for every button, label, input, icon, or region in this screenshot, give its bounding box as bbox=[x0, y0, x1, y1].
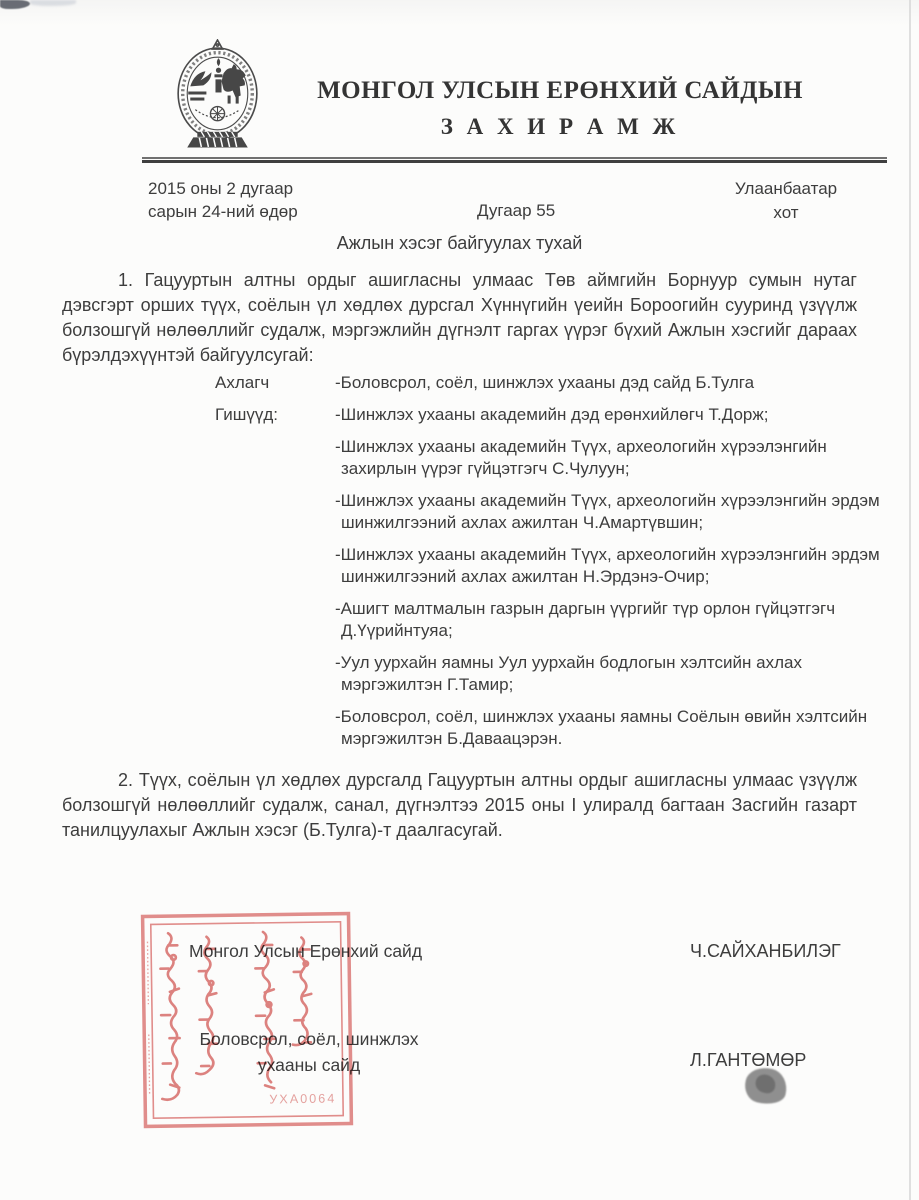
member-row: Ахлагч -Боловсрол, соёл, шинжлэх ухааны … bbox=[215, 372, 885, 394]
member-text: -Ашигт малтмалын газрын даргын үүргийг т… bbox=[335, 598, 885, 642]
city-block: Улаанбаатар хот bbox=[725, 177, 847, 225]
scan-artifact-corner-light bbox=[30, 0, 76, 6]
member-role-label bbox=[215, 706, 335, 750]
scan-artifact-corner bbox=[0, 0, 30, 9]
doc-type-title: З А Х И Р А М Ж bbox=[290, 114, 830, 140]
member-role-label bbox=[215, 490, 335, 534]
scan-edge-line bbox=[909, 0, 911, 1200]
member-row: -Шинжлэх ухааны академийн Түүх, археолог… bbox=[215, 436, 885, 480]
header-rule-thin bbox=[142, 157, 887, 159]
stamp-code: УХА0064 bbox=[269, 1092, 336, 1107]
city-line-2: хот bbox=[725, 201, 847, 225]
city-line-1: Улаанбаатар bbox=[725, 177, 847, 201]
official-red-stamp: УХА0064 bbox=[140, 911, 355, 1130]
date-block: 2015 оны 2 дугаар сарын 24-ний өдөр bbox=[148, 177, 298, 223]
paragraph-2: 2. Түүх, соёлын үл хөдлөх дурсгалд Гацуу… bbox=[62, 768, 857, 843]
stamp-seal-icon: УХА0064 bbox=[140, 911, 355, 1130]
member-row: -Уул уурхайн яамны Уул уурхайн бодлогын … bbox=[215, 652, 885, 696]
minister-signature-name: Л.ГАНТӨМӨР bbox=[690, 1050, 806, 1071]
pm-signature-name: Ч.САЙХАНБИЛЭГ bbox=[690, 941, 841, 962]
member-row: Гишүүд: -Шинжлэх ухааны академийн дэд ер… bbox=[215, 404, 885, 426]
date-line-2: сарын 24-ний өдөр bbox=[148, 200, 298, 223]
subject-line: Ажлын хэсэг байгуулах тухай bbox=[0, 233, 919, 254]
member-text: -Боловсрол, соёл, шинжлэх ухааны дэд сай… bbox=[335, 372, 885, 394]
member-text: -Шинжлэх ухааны академийн Түүх, археолог… bbox=[335, 490, 885, 534]
member-role-label: Гишүүд: bbox=[215, 404, 335, 426]
member-role-label: Ахлагч bbox=[215, 372, 335, 394]
member-text: -Боловсрол, соёл, шинжлэх ухааны яамны С… bbox=[335, 706, 885, 750]
member-row: -Шинжлэх ухааны академийн Түүх, археолог… bbox=[215, 544, 885, 588]
member-text: -Шинжлэх ухааны академийн Түүх, археолог… bbox=[335, 544, 885, 588]
member-role-label bbox=[215, 544, 335, 588]
state-emblem-graphic bbox=[175, 39, 260, 152]
scanned-document-page: МОНГОЛ УЛСЫН ЕРӨНХИЙ САЙДЫН З А Х И Р А … bbox=[0, 0, 919, 1200]
date-line-1: 2015 оны 2 дугаар bbox=[148, 177, 298, 200]
org-title: МОНГОЛ УЛСЫН ЕРӨНХИЙ САЙДЫН bbox=[290, 77, 830, 105]
working-group-list: Ахлагч -Боловсрол, соёл, шинжлэх ухааны … bbox=[215, 372, 885, 760]
member-row: -Ашигт малтмалын газрын даргын үүргийг т… bbox=[215, 598, 885, 642]
member-row: -Шинжлэх ухааны академийн Түүх, археолог… bbox=[215, 490, 885, 534]
member-text: -Уул уурхайн яамны Уул уурхайн бодлогын … bbox=[335, 652, 885, 696]
member-role-label bbox=[215, 652, 335, 696]
member-text: -Шинжлэх ухааны академийн Түүх, археолог… bbox=[335, 436, 885, 480]
paragraph-1: 1. Гацууртын алтны ордыг ашигласны улмаа… bbox=[62, 268, 857, 368]
member-text: -Шинжлэх ухааны академийн дэд ерөнхийлөг… bbox=[335, 404, 885, 426]
header-rule bbox=[142, 157, 887, 163]
member-row: -Боловсрол, соёл, шинжлэх ухааны яамны С… bbox=[215, 706, 885, 750]
ink-smudge-core bbox=[754, 1073, 778, 1095]
member-role-label bbox=[215, 598, 335, 642]
state-emblem-icon bbox=[175, 39, 260, 152]
document-number: Дугаар 55 bbox=[477, 201, 555, 221]
member-role-label bbox=[215, 436, 335, 480]
header-rule-thick bbox=[142, 160, 887, 163]
